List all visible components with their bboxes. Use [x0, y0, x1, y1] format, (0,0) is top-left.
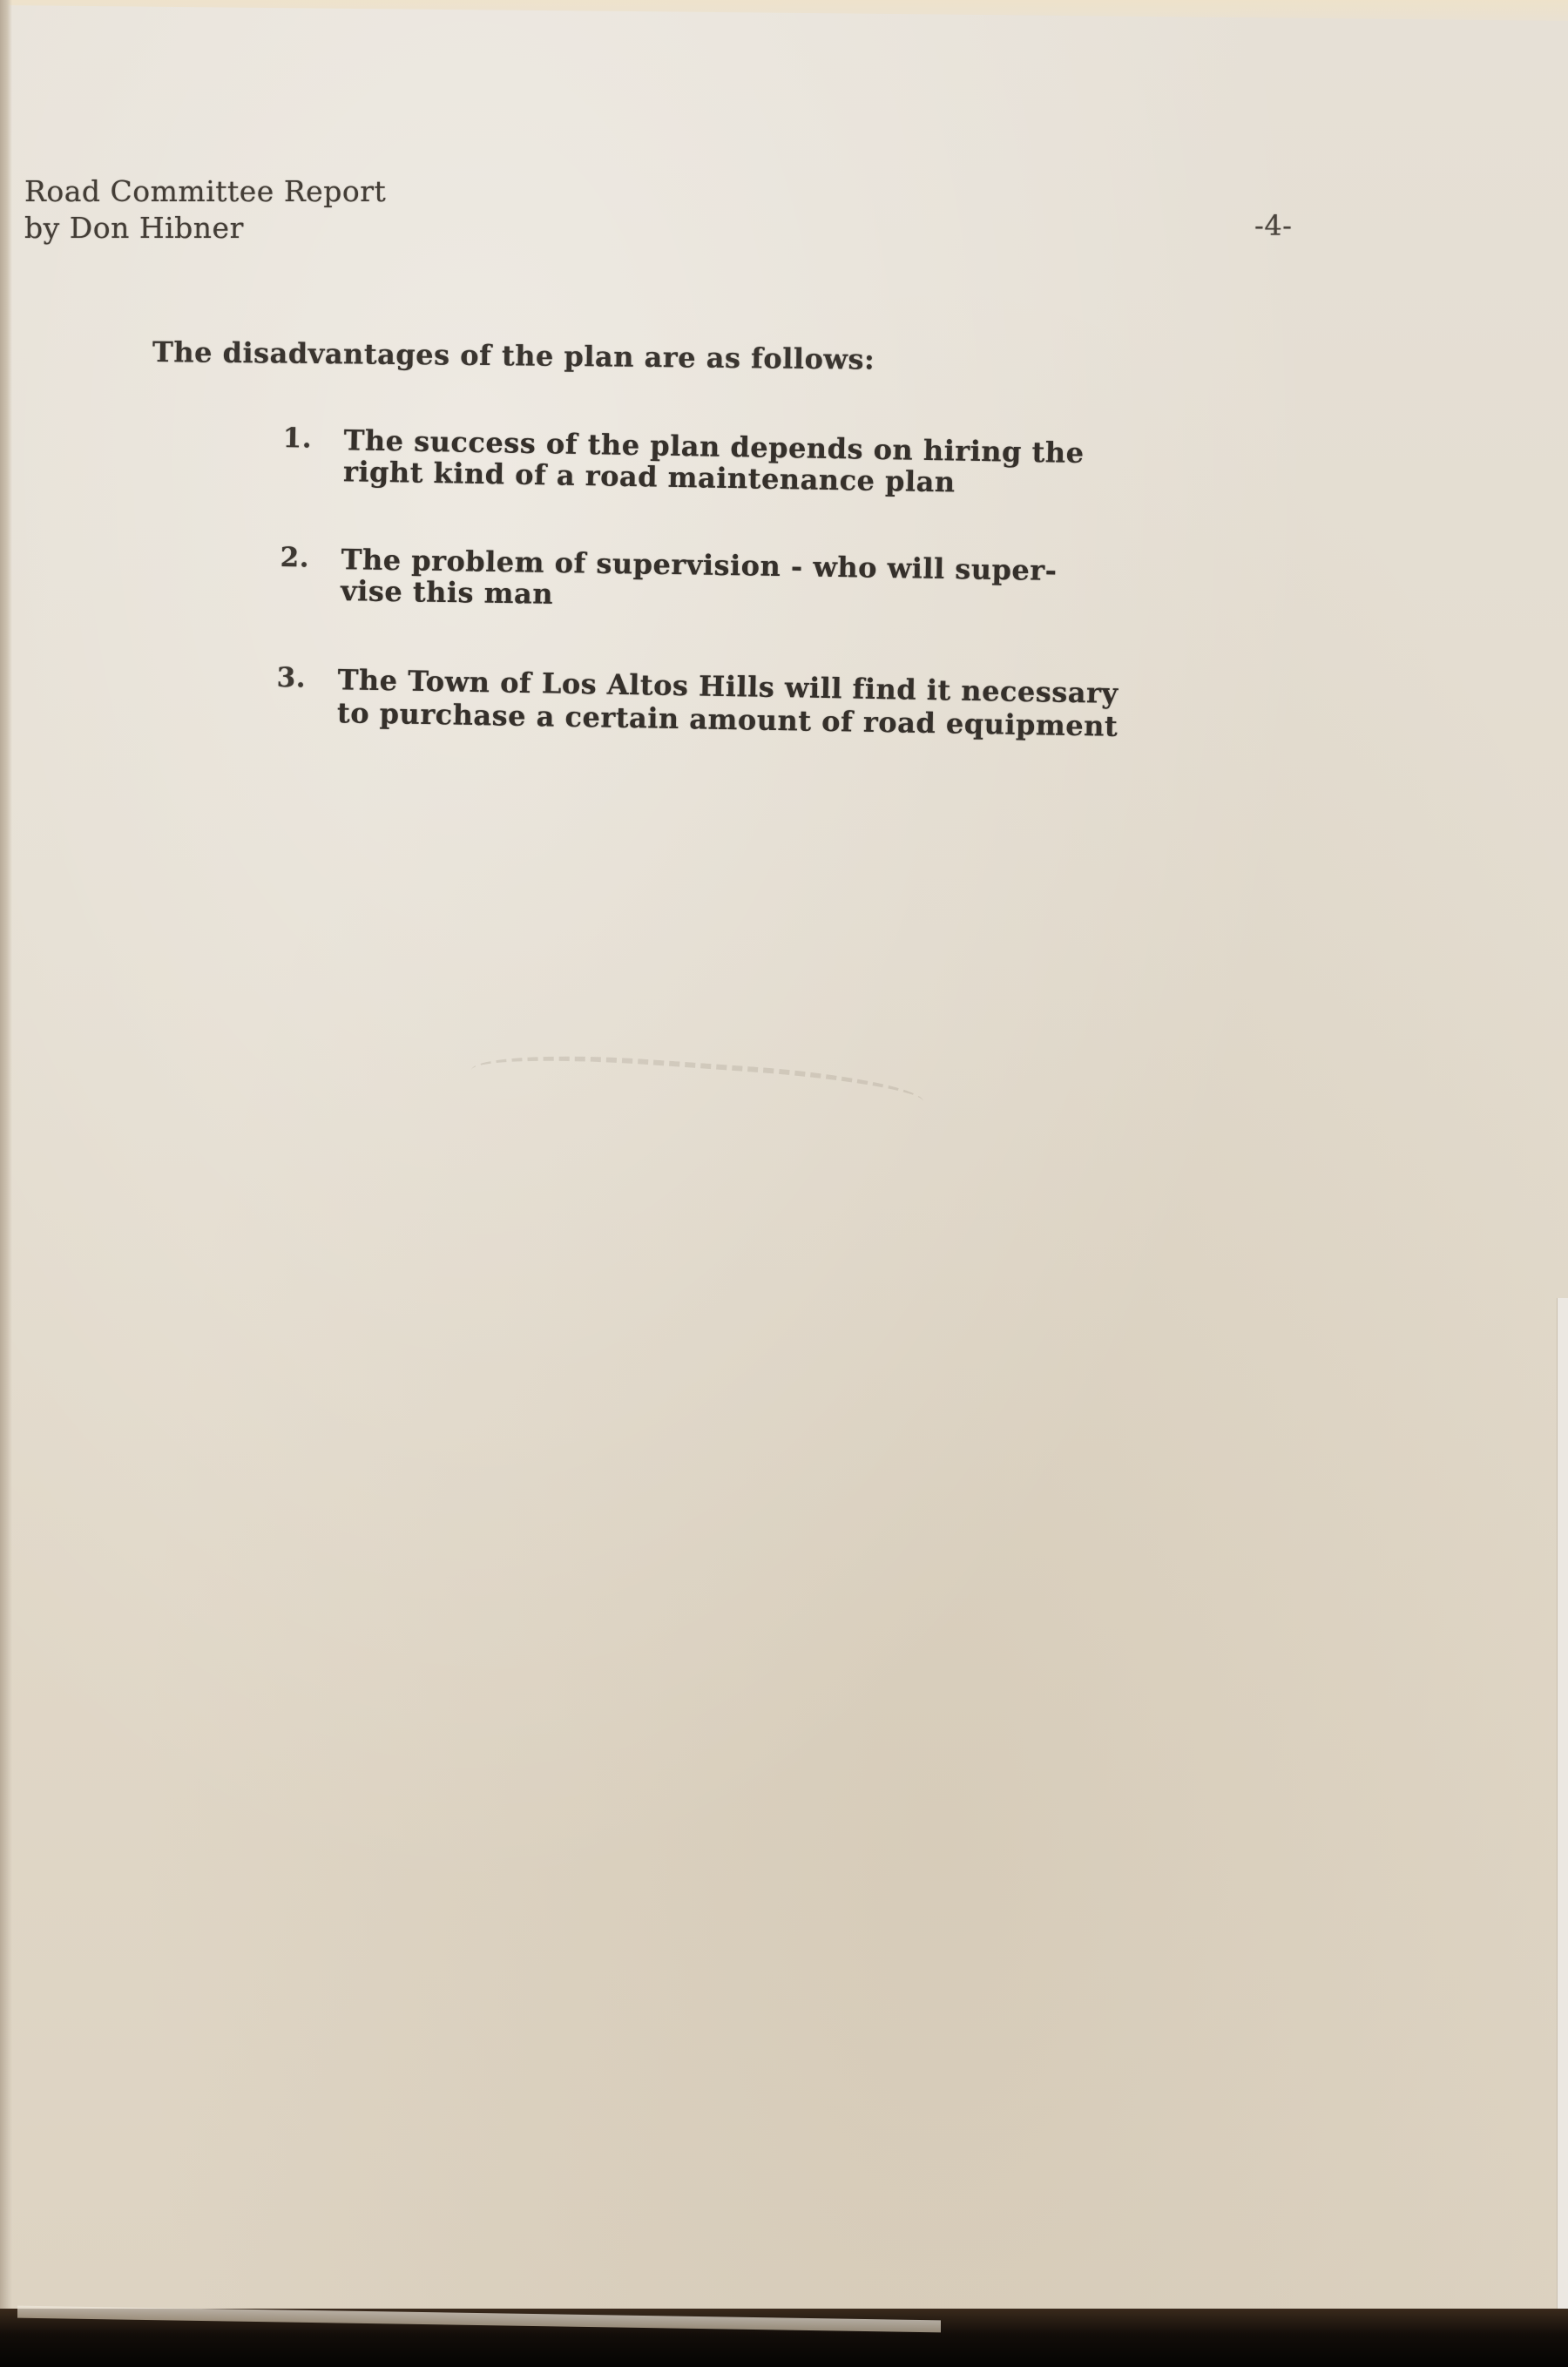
list-item-line: vise this man — [341, 574, 554, 611]
report-title: Road Committee Report — [24, 174, 386, 208]
intro-paragraph: The disadvantages of the plan are as fol… — [152, 335, 875, 376]
document-page: Road Committee Report by Don Hibner -4- … — [0, 0, 1568, 2317]
page-top-edge — [0, 0, 1568, 26]
list-item-number: 3. — [276, 662, 306, 694]
page-left-edge — [0, 0, 12, 2317]
report-author: by Don Hibner — [24, 211, 244, 245]
list-item-number: 1. — [282, 423, 312, 455]
faint-bleedthrough-mark — [469, 1047, 924, 1136]
list-item-number: 2. — [280, 542, 309, 574]
page-right-edge — [1557, 1298, 1568, 2317]
page-number: -4- — [1254, 209, 1292, 242]
